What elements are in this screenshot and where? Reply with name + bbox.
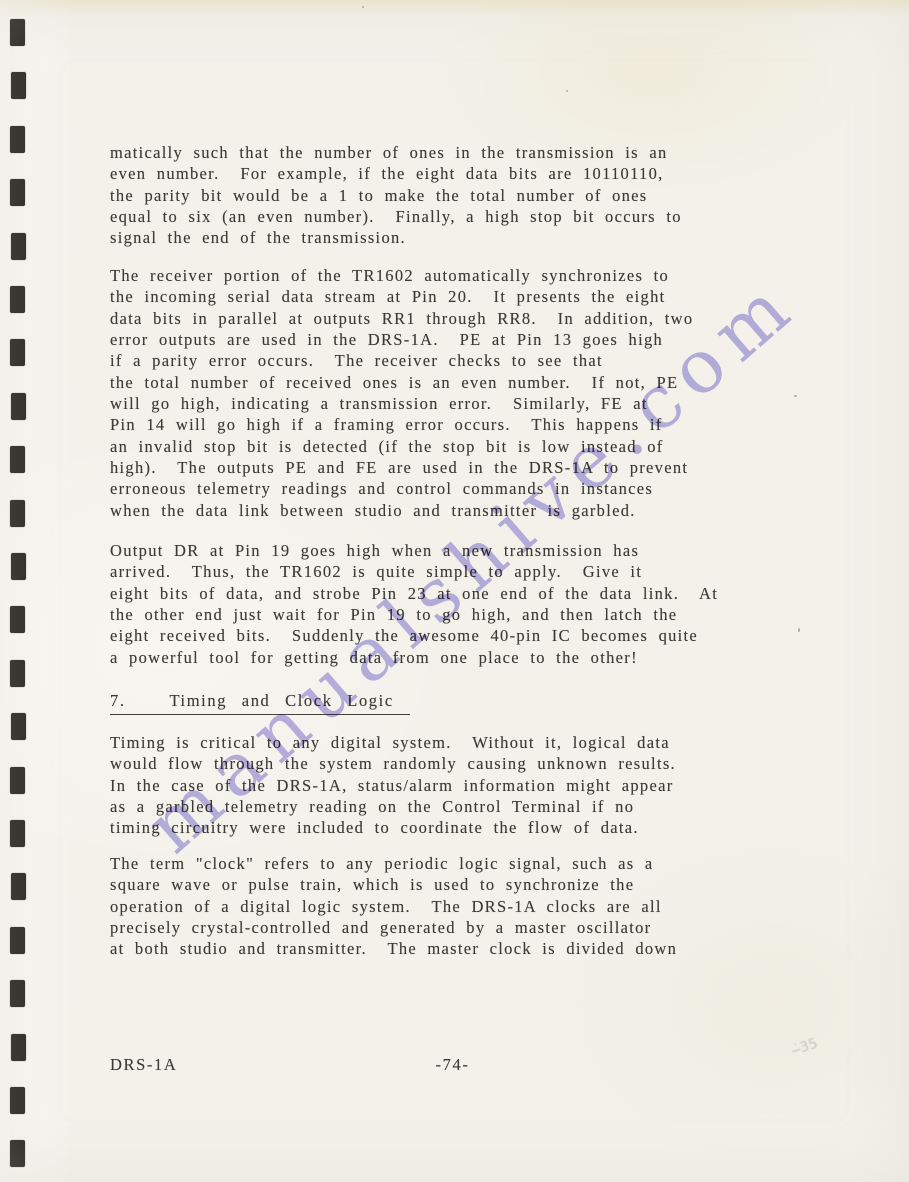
binding-hole (11, 233, 26, 260)
binding-hole (11, 713, 26, 740)
binding-hole (10, 980, 25, 1007)
binding-hole (10, 927, 25, 954)
binding-hole (10, 446, 25, 473)
page-background: matically such that the number of ones i… (0, 0, 909, 1182)
binding-hole (11, 72, 26, 99)
scan-speck (794, 395, 797, 397)
binding-hole (11, 553, 26, 580)
scan-speck (566, 90, 568, 92)
binding-hole (10, 767, 25, 794)
binding-hole (11, 1034, 26, 1061)
body-paragraph-1: matically such that the number of ones i… (110, 142, 682, 249)
footer-page-number: -74- (110, 1055, 795, 1075)
scanned-manual-page: { "content": { "para1_lines": [ "matical… (0, 0, 909, 1182)
binding-hole (11, 873, 26, 900)
body-paragraph-2: The receiver portion of the TR1602 autom… (110, 265, 693, 521)
binding-hole (10, 660, 25, 687)
binding-hole (10, 1140, 25, 1167)
body-paragraph-4: Timing is critical to any digital system… (110, 732, 676, 839)
binding-hole (10, 286, 25, 313)
binding-hole (10, 126, 25, 153)
binding-hole (10, 820, 25, 847)
body-paragraph-3: Output DR at Pin 19 goes high when a new… (110, 540, 718, 668)
body-paragraph-5: The term "clock" refers to any periodic … (110, 853, 677, 960)
pencil-scribble: ̶̇35 (798, 1036, 820, 1057)
binding-hole (10, 1087, 25, 1114)
binding-hole (10, 339, 25, 366)
binding-hole (11, 393, 26, 420)
binding-hole (10, 500, 25, 527)
section-heading: 7. Timing and Clock Logic (110, 690, 410, 715)
binding-hole (10, 179, 25, 206)
binding-hole (10, 19, 25, 46)
scan-speck (362, 6, 364, 8)
binding-hole (10, 606, 25, 633)
scan-speck (798, 628, 800, 632)
